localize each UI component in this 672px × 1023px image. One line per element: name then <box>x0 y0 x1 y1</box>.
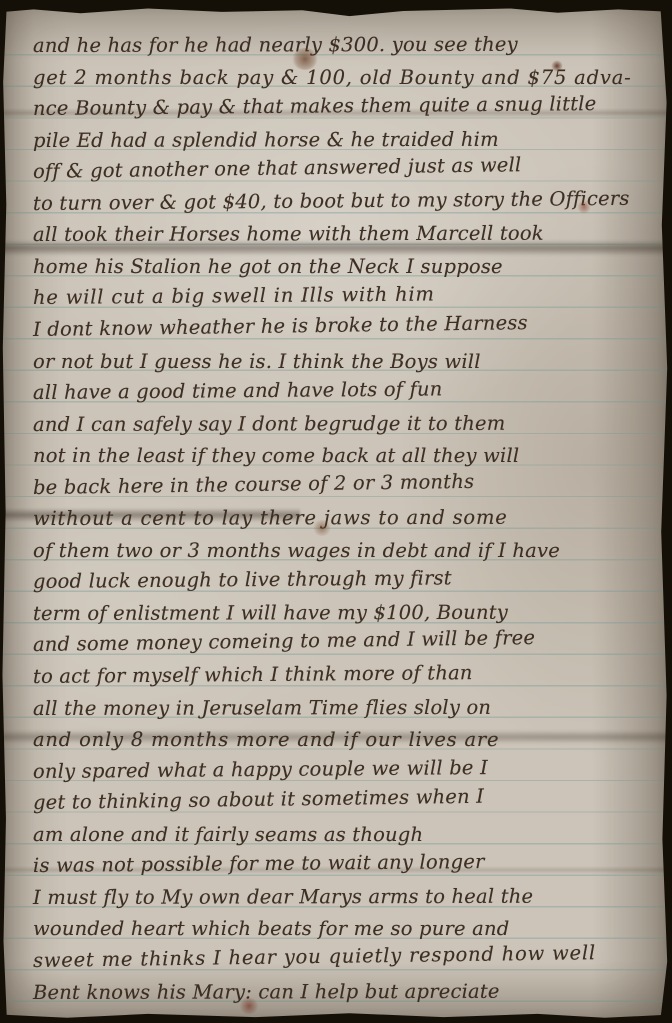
letter-text: and he has for he had nearly $300. you s… <box>0 0 672 1023</box>
letter-line: all the money in Jeruselam Time flies sl… <box>33 691 666 725</box>
letter-line: I must fly to My own dear Marys arms to … <box>33 880 666 914</box>
letter-line: and he has for he had nearly $300. you s… <box>33 28 666 62</box>
letter-line: is was not possible for me to wait any l… <box>33 845 666 883</box>
letter-line: to act for myself which I think more of … <box>33 655 666 693</box>
letter-line: all took their Horses home with them Mar… <box>33 218 666 252</box>
letter-line: Bent knows his Mary: can I help but apre… <box>33 975 666 1009</box>
letter-scan-page: and he has for he had nearly $300. you s… <box>0 0 672 1023</box>
letter-line: without a cent to lay there jaws to and … <box>33 502 666 536</box>
letter-line: good luck enough to live through my firs… <box>33 561 666 599</box>
letter-line: nce Bounty & pay & that makes them quite… <box>33 88 666 126</box>
letter-line: and I can safely say I dont begrudge it … <box>33 407 666 441</box>
letter-line: all have a good time and have lots of fu… <box>33 372 666 410</box>
letter-line: to turn over & got $40, to boot but to m… <box>33 182 666 220</box>
